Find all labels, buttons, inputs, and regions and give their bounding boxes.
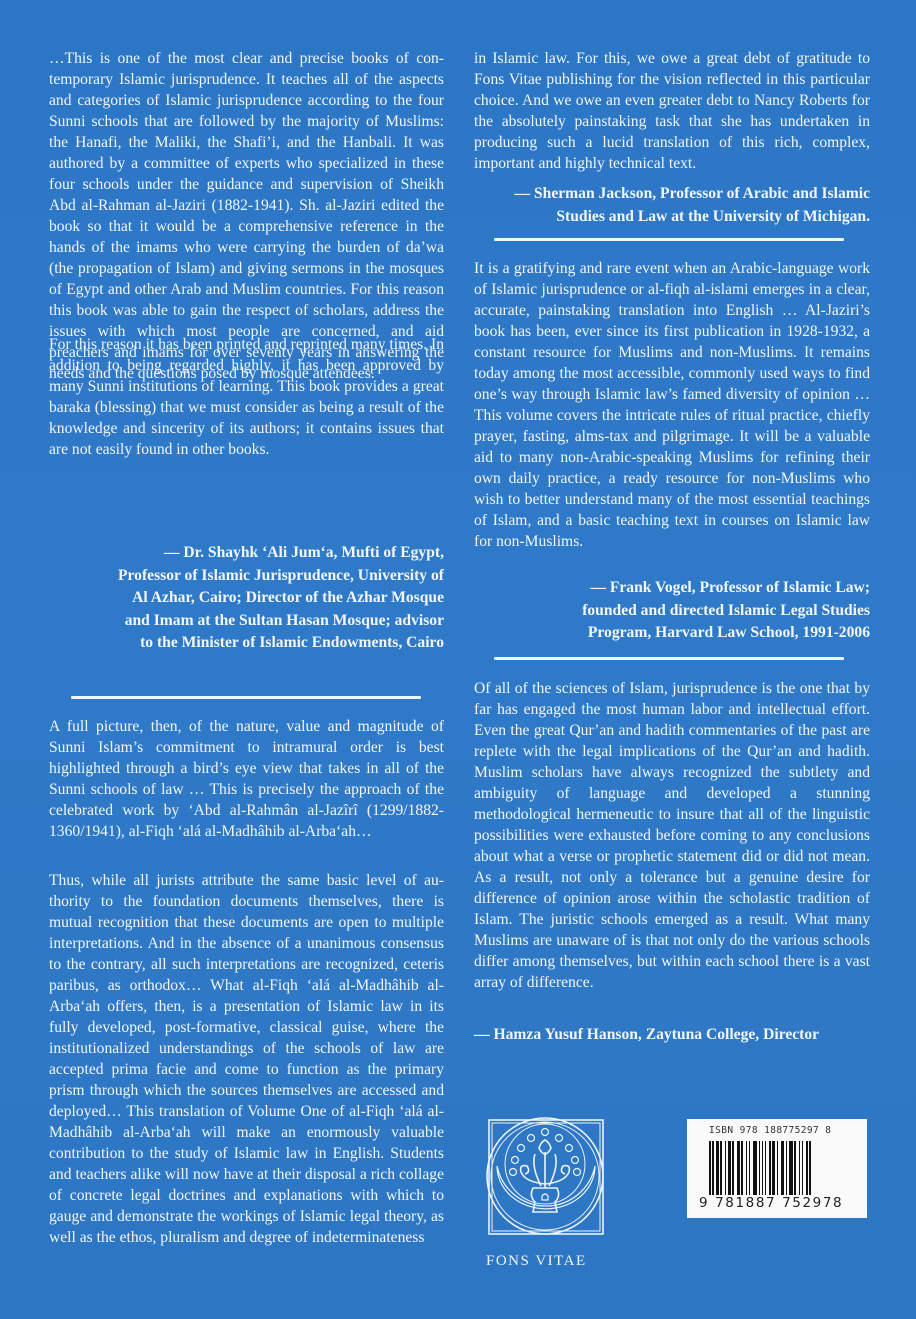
attribution-line: — Sherman Jackson, Professor of Arabic a… bbox=[474, 183, 870, 206]
barcode-bars bbox=[709, 1141, 849, 1199]
quote-jackson-paragraph-2: Thus, while all jurists attribute the sa… bbox=[49, 870, 444, 1248]
attribution-line: Program, Harvard Law School, 1991-2006 bbox=[474, 622, 870, 645]
quote-jum-a-attribution: — Dr. Shayhk ‘Ali Jum‘a, Mufti of Egypt,… bbox=[49, 542, 444, 655]
attribution-line: and Imam at the Sultan Hasan Mosque; adv… bbox=[49, 610, 444, 633]
section-divider bbox=[494, 238, 844, 241]
attribution-line: — Dr. Shayhk ‘Ali Jum‘a, Mufti of Egypt, bbox=[49, 542, 444, 565]
quote-jackson-paragraph-1: A full picture, then, of the nature, val… bbox=[49, 716, 444, 842]
isbn-barcode: ISBN 978 188775297 8 9 781887 752978 bbox=[687, 1119, 867, 1218]
isbn-label: ISBN 978 188775297 8 bbox=[709, 1125, 831, 1136]
flower-vase-crescent-logo-icon bbox=[485, 1116, 609, 1240]
quote-jackson-continued: in Islamic law. For this, we owe a great… bbox=[474, 48, 870, 174]
attribution-line: Professor of Islamic Jurisprudence, Univ… bbox=[49, 565, 444, 588]
attribution-line: Al Azhar, Cairo; Director of the Azhar M… bbox=[49, 587, 444, 610]
section-divider bbox=[494, 657, 844, 660]
quote-hanson-attribution: — Hamza Yusuf Hanson, Zaytuna College, D… bbox=[474, 1024, 870, 1047]
quote-vogel-attribution: — Frank Vogel, Professor of Islamic Law;… bbox=[474, 577, 870, 645]
publisher-logo: FONS VITAE bbox=[484, 1116, 610, 1270]
attribution-line: to the Minister of Islamic Endowments, C… bbox=[49, 632, 444, 655]
attribution-line: Studies and Law at the University of Mic… bbox=[474, 206, 870, 229]
quote-jackson-attribution: — Sherman Jackson, Professor of Arabic a… bbox=[474, 183, 870, 228]
quote-vogel-paragraph: It is a gratifying and rare event when a… bbox=[474, 258, 870, 552]
attribution-line: founded and directed Islamic Legal Studi… bbox=[474, 600, 870, 623]
quote-hanson-paragraph: Of all of the sciences of Islam, jurispr… bbox=[474, 678, 870, 993]
isbn-digits: 9 781887 752978 bbox=[698, 1195, 844, 1211]
quote-jum-a-paragraph-2: For this reason it has been printed and … bbox=[49, 334, 444, 460]
publisher-name: FONS VITAE bbox=[484, 1253, 610, 1270]
attribution-line: — Frank Vogel, Professor of Islamic Law; bbox=[474, 577, 870, 600]
section-divider bbox=[71, 696, 421, 699]
